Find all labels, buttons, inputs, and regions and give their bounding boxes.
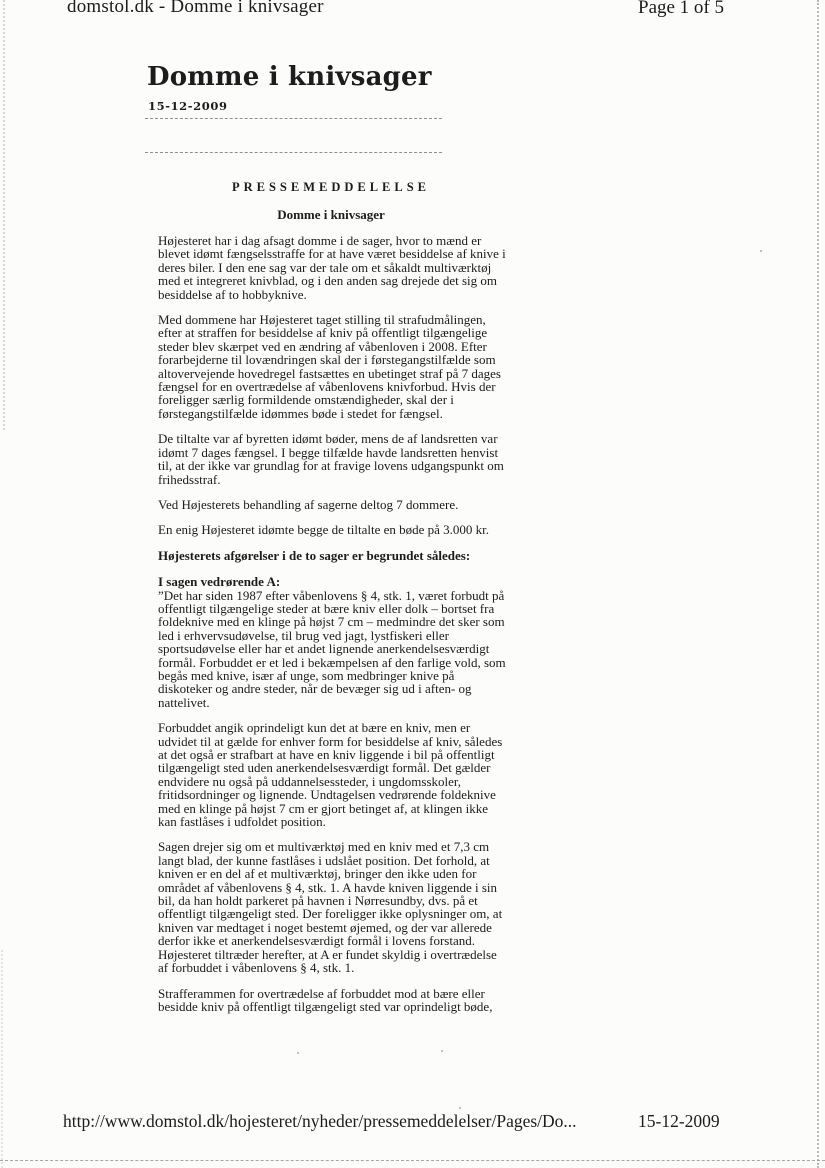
body-paragraphs: Højesteret har i dag afsagt domme i de s…: [158, 234, 508, 1025]
scan-speck: [441, 1050, 443, 1052]
scan-artifact-right-edge: [817, 0, 819, 1168]
print-footer-date: 15-12-2009: [638, 1111, 720, 1132]
dashed-divider: [145, 118, 442, 119]
paragraph: Højesteret har i dag afsagt domme i de s…: [158, 234, 508, 301]
paragraph: Sagen drejer sig om et multiværktøj med …: [158, 840, 508, 974]
print-header-page-number: Page 1 of 5: [638, 0, 724, 19]
print-header-title: domstol.dk - Domme i knivsager: [67, 0, 324, 18]
print-footer-url: http://www.domstol.dk/hojesteret/nyheder…: [63, 1111, 577, 1132]
paragraph: I sagen vedrørende A:”Det har siden 1987…: [158, 575, 508, 709]
page-title: Domme i knivsager: [147, 62, 432, 92]
dashed-divider: [145, 152, 442, 153]
paragraph: Med dommene har Højesteret taget stillin…: [158, 313, 508, 420]
article-date: 15-12-2009: [148, 99, 228, 113]
scan-speck: [459, 1107, 461, 1109]
scan-speck: [297, 1052, 299, 1054]
scanned-document-page: domstol.dk - Domme i knivsager Page 1 of…: [0, 0, 825, 1168]
scan-artifact-left-edge-2: [1, 950, 3, 1168]
paragraph: De tiltalte var af byretten idømt bøder,…: [158, 432, 508, 486]
dashed-divider-bottom: [0, 1160, 825, 1161]
press-release-label: PRESSEMEDDELELSE: [158, 180, 504, 195]
section-heading: Højesterets afgørelser i de to sager er …: [158, 549, 508, 562]
paragraph: Ved Højesterets behandling af sagerne de…: [158, 498, 508, 511]
scan-speck: [760, 250, 762, 252]
case-heading: I sagen vedrørende A:: [158, 574, 280, 589]
paragraph: En enig Højesteret idømte begge de tilta…: [158, 523, 508, 536]
scan-artifact-left-edge: [3, 0, 5, 430]
press-release-subtitle: Domme i knivsager: [158, 207, 504, 223]
paragraph: Strafferammen for overtrædelse af forbud…: [158, 987, 508, 1014]
paragraph: Forbuddet angik oprindeligt kun det at b…: [158, 721, 508, 828]
